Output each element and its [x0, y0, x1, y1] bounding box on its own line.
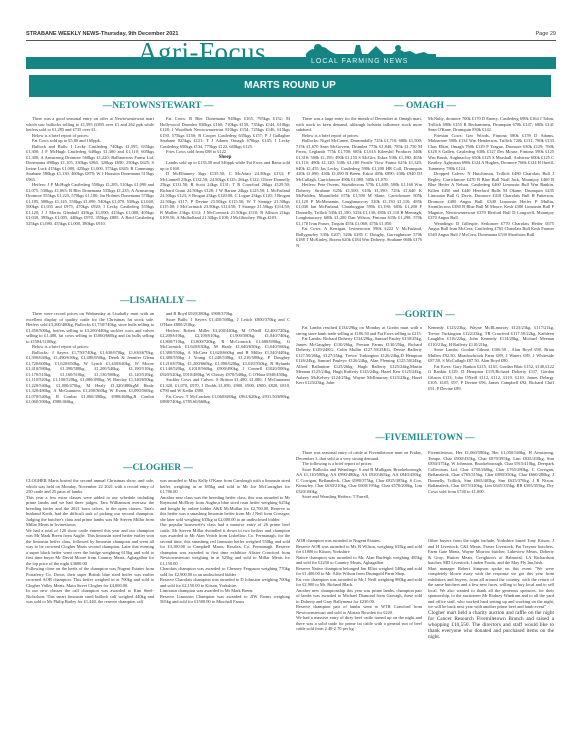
masthead-subtitle: LOCAL FARMING NEWS — [311, 58, 408, 65]
paragraph: There were record prices on Wednesday at… — [26, 311, 154, 344]
paragraph: Store Bulls: J Sayers £1,450/500kg, J Le… — [160, 317, 290, 328]
gortin-col1: Fat Lambs reached £134/29kg on Monday at… — [296, 325, 422, 386]
masthead-band — [26, 57, 556, 69]
paragraph: Fat Ewes: Gary Rankin £215, £161, Gordan… — [428, 364, 554, 392]
paragraph: Fat Cows: A Kerrigan, Irvinestown 590k £… — [296, 226, 422, 248]
paragraph: Dropped Calves: N Hutchinson, Trillick £… — [428, 171, 554, 221]
clogher-col1: CLOGHER Marts hosted the second annual C… — [26, 478, 154, 605]
paragraph: Reserve Limousin Champion was awarded to… — [160, 594, 290, 605]
paragraph: Mart manager Robert Simpson spoke on thi… — [428, 566, 554, 610]
farm-skyline-icon — [306, 42, 436, 58]
paragraph: Native champion was awarded to Mr. Alan … — [296, 555, 422, 566]
paragraph: Fat cow champion was awarded to Mr J Nei… — [296, 577, 422, 588]
paragraph: Fat Lambs reached £134/29kg on Monday at… — [296, 325, 422, 336]
paragraph: D McElhinney 3kgs £135.50; C McAdair 24.… — [160, 171, 290, 221]
paragraph: Weanlings: D Gillespie, Seskinore £770 C… — [428, 221, 554, 238]
paragraph: Lambs sold up to £135.50 and 546ppk whil… — [160, 160, 290, 171]
paragraph: Store Lambs: Gordan Gibson £106.50 , Ala… — [428, 347, 554, 364]
paragraph: Bullocks: J Sayers £1,750/740kg, £1,630/… — [26, 350, 154, 405]
paragraph: Suckler Cows and Calves: S Britton £1,48… — [160, 377, 290, 394]
paragraph: Following close on the heels of the cham… — [26, 566, 154, 588]
paragraph: Bullocks: Nigel McCanee, Drumnakilly 725… — [296, 138, 422, 182]
section-title-bar: MARTS ROUND UP — [29, 75, 551, 97]
heading-omagh: — OMAGH — — [296, 101, 554, 111]
paragraph: Another new class was the breeding heife… — [160, 495, 290, 523]
paragraph: Fat Cows: B Bler Donemana 940kgs £165, 7… — [160, 116, 290, 149]
omagh-col2: McNulty, dromore 700k £170 D Emery, Cast… — [428, 116, 554, 237]
heading-clogher: —CLOGHER — — [26, 463, 290, 473]
paragraph: We had a total of 120 show cattle entere… — [26, 528, 154, 567]
paragraph: Reserve champion pair of lambs went to W… — [296, 604, 422, 615]
gortin-col2: Kennedy £123/23kg, Wayne McIlLmurray £12… — [428, 325, 554, 391]
paragraph: There was a good seasonal entry on offer… — [26, 116, 154, 133]
paragraph: Another new championship this year was p… — [296, 588, 422, 605]
newtownstewart-col2: Fat Cows: B Bler Donemana 940kgs £165, 7… — [160, 116, 290, 221]
paragraph: Store Bullocks and Weanlings: S and B Mu… — [296, 467, 422, 495]
paragraph: Heifers: Robert Miller £3,200/440kg, M O… — [160, 328, 290, 378]
paragraph: In our new classes the calf champion was… — [26, 588, 154, 605]
clogher-continued-col2: Other buyers from the night include, Yor… — [428, 538, 554, 640]
heading-gortin: —GORTIN — — [296, 310, 554, 320]
heading-lisahally: —LISAHALLY — — [26, 296, 290, 306]
paragraph: Clogher mart held a charity auction and … — [428, 610, 554, 640]
masthead-title: Agri-Focus — [138, 37, 266, 67]
page-number: Page 29 — [536, 31, 557, 37]
paragraph: Fat Lambs: Richard Doherty £134/29kg, Sa… — [296, 336, 422, 386]
fivemiletown-col1: There was seasonal entry of cattle at Fi… — [296, 450, 422, 500]
paragraph: We had a massive entry of dirty beef cat… — [296, 615, 422, 632]
heading-fivemiletown: —FIVEMILETOWN — — [296, 433, 554, 443]
paragraph: CLOGHER Marts hosted the second annual C… — [26, 478, 154, 495]
paragraph: Fivemiletown, Her £1,060/580kg, Her £1,0… — [428, 450, 554, 494]
paragraph: Friesian Cows: Geo Woods, Fintona 580k £… — [428, 133, 554, 172]
paragraph: There was seasonal entry of cattle at Fi… — [296, 450, 422, 461]
paragraph: Reserve Charolais champion was awarded t… — [160, 577, 290, 588]
paragraph: Fat Cows: T McCracken £1,060/680kg, £961… — [160, 394, 290, 405]
omagh-col1: There was a large entry for the month of… — [296, 116, 422, 248]
paragraph: Reserve AOB was awarded to Mr. B Wilson,… — [296, 544, 422, 555]
lisahally-col1: There were record prices on Wednesday at… — [26, 311, 154, 405]
paragraph: McNulty, dromore 700k £170 D Emery, Cast… — [428, 116, 554, 133]
paragraph: Reserve Native champion belonged Ian Ell… — [296, 566, 422, 577]
paragraph: Our popular housewife's class had a mass… — [160, 522, 290, 566]
paragraph: Heifers: J F McHugh Castlederg 550kgs £1… — [26, 182, 154, 226]
paragraph: This year a few extra classes were added… — [26, 495, 154, 528]
paragraph: Other buyers from the night include, Yor… — [428, 538, 554, 566]
lisahally-col2: and R Boyd £920/380kg, £900/370kg. Store… — [160, 311, 290, 405]
fivemiletown-col2: Fivemiletown, Her £1,060/580kg, Her £1,0… — [428, 450, 554, 494]
paragraph: Bullock and Bulls: I Lecky Castlederg 74… — [26, 144, 154, 183]
paragraph: Heifers: Pete Owens, Sixmilecross 575k £… — [296, 182, 422, 226]
heading-newtownstewart: —NETOWNSTEWART — — [26, 101, 290, 111]
paragraph: Charolais champion was awarded to Chesne… — [160, 566, 290, 577]
newtownstewart-col1: There was a good seasonal entry on offer… — [26, 116, 154, 226]
paragraph: There was a large entry for the month of… — [296, 116, 422, 133]
paragraph: Store and Weanling Heifers: T Farrell, — [296, 494, 422, 500]
paragraph: was awarded to Miss Kelly O'Kane from Ca… — [160, 478, 290, 495]
masthead: Agri-Focus LOCAL FARMING NEWS — [26, 40, 556, 72]
paragraph: Kennedy £123/23kg, Wayne McIlLmurray £12… — [428, 325, 554, 347]
clogher-col2: was awarded to Miss Kelly O'Kane from Ca… — [160, 478, 290, 605]
clogher-continued-col1: AOB champion was awarded to Nugent Estat… — [296, 538, 422, 632]
